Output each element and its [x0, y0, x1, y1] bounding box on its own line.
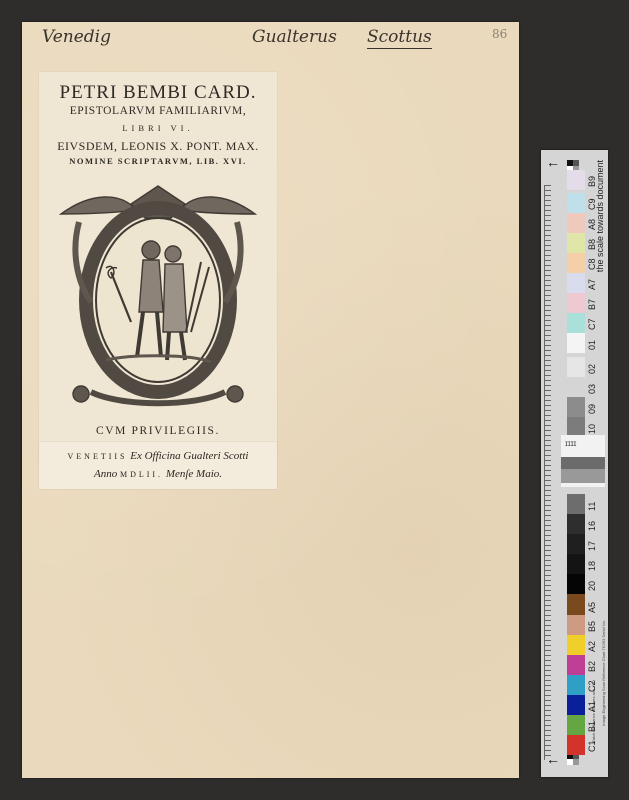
color-swatch-02: [567, 357, 585, 377]
color-swatch-18: [567, 554, 585, 574]
swatch-label: B2: [587, 661, 597, 672]
gray-bar-mid: [561, 469, 605, 483]
color-swatch-a5: [567, 594, 585, 616]
page-number: 86: [492, 27, 507, 41]
swatch-label: B7: [587, 299, 597, 310]
gray-target-label: ɪɪɪɪ: [565, 439, 576, 448]
color-swatch-c9: [567, 193, 585, 213]
colophon-month: Menſe Maio.: [166, 468, 222, 480]
swatch-label: B9: [587, 176, 597, 187]
color-swatch-11: [567, 494, 585, 514]
pasted-colophon: VENETIIS Ex Officina Gualteri Scotti Ann…: [39, 442, 277, 489]
gray-resolution-target: ɪɪɪɪ: [561, 435, 605, 487]
color-swatch-b2: [567, 655, 585, 675]
scale-fine-print-left: Image Engineering Scan Reference Chart T…: [601, 620, 606, 726]
color-swatch-b7: [567, 293, 585, 313]
colophon-year: MDLII.: [120, 470, 163, 479]
swatch-label: 18: [587, 561, 597, 571]
color-reference-scale: ← ← the scale towards document ɪɪɪɪ Imag…: [541, 150, 608, 777]
arrow-left-icon: ←: [546, 156, 560, 172]
title-line-1: PETRI BEMBI CARD.: [39, 82, 277, 104]
swatch-label: C2: [587, 680, 597, 692]
swatch-label: A2: [587, 641, 597, 652]
swatch-label: 02: [587, 364, 597, 374]
swatch-label: C9: [587, 198, 597, 210]
swatch-label: 11: [587, 502, 597, 511]
arrow-left-icon: ←: [546, 753, 560, 769]
color-swatch-b5: [567, 615, 585, 635]
handwritten-printer-first-name: Gualterus: [252, 27, 337, 47]
swatch-label: 10: [587, 424, 597, 434]
document-page: Venedig Gualterus Scottus 86 PETRI BEMBI…: [22, 22, 519, 778]
colophon-place: VENETIIS: [68, 452, 128, 461]
color-swatch-09: [567, 397, 585, 417]
color-swatch-01: [567, 333, 585, 353]
handwritten-place: Venedig: [42, 27, 111, 47]
swatch-label: A8: [587, 219, 597, 230]
color-swatch-c8: [567, 253, 585, 273]
privilege-line: CVM PRIVILEGIIS.: [39, 425, 277, 437]
title-line-3: LIBRI VI.: [39, 123, 277, 133]
color-swatch-17: [567, 534, 585, 554]
color-swatch-b1: [567, 715, 585, 735]
swatch-label: C8: [587, 258, 597, 270]
colophon-line-1: VENETIIS Ex Officina Gualteri Scotti: [39, 450, 277, 462]
color-swatch-b9: [567, 170, 585, 190]
title-line-4: EIVSDEM, LEONIS X. PONT. MAX.: [39, 139, 277, 154]
colophon-line-2: Anno MDLII. Menſe Maio.: [39, 468, 277, 480]
gray-bar-dark: [561, 457, 605, 469]
swatch-label: A7: [587, 279, 597, 290]
swatch-label: C1: [587, 740, 597, 752]
color-swatch-20: [567, 574, 585, 594]
swatch-label: 01: [587, 340, 597, 350]
color-swatch-b8: [567, 233, 585, 253]
color-swatch-a7: [567, 273, 585, 293]
color-swatch-c7: [567, 313, 585, 333]
handwritten-printer-last-name: Scottus: [367, 27, 432, 49]
color-swatch-03: [567, 377, 585, 397]
swatch-label: B1: [587, 721, 597, 732]
swatch-label: B5: [587, 621, 597, 632]
title-line-2: EPISTOLARVM FAMILIARIVM,: [39, 105, 277, 117]
swatch-label: A1: [587, 701, 597, 712]
swatch-label: 03: [587, 384, 597, 394]
color-swatch-c2: [567, 675, 585, 695]
printers-device-woodcut-icon: [51, 182, 265, 412]
title-line-5: NOMINE SCRIPTARVM, LIB. XVI.: [39, 156, 277, 166]
color-swatch-10: [567, 417, 585, 437]
swatch-label: B8: [587, 239, 597, 250]
pasted-title-page: PETRI BEMBI CARD. EPISTOLARVM FAMILIARIV…: [39, 72, 277, 460]
color-swatch-a8: [567, 213, 585, 233]
swatch-label: 20: [587, 581, 597, 591]
colophon-anno: Anno: [94, 468, 117, 480]
colophon-printer: Ex Officina Gualteri Scotti: [130, 450, 248, 462]
color-swatch-16: [567, 514, 585, 534]
ruler-ticks: [544, 185, 561, 760]
swatch-label: 16: [587, 521, 597, 531]
color-swatch-a2: [567, 635, 585, 655]
swatch-label: 17: [587, 541, 597, 551]
color-swatch-a1: [567, 695, 585, 715]
swatch-label: A5: [587, 602, 597, 613]
color-swatch-c1: [567, 735, 585, 755]
swatch-label: 09: [587, 404, 597, 414]
swatch-label: C7: [587, 318, 597, 330]
